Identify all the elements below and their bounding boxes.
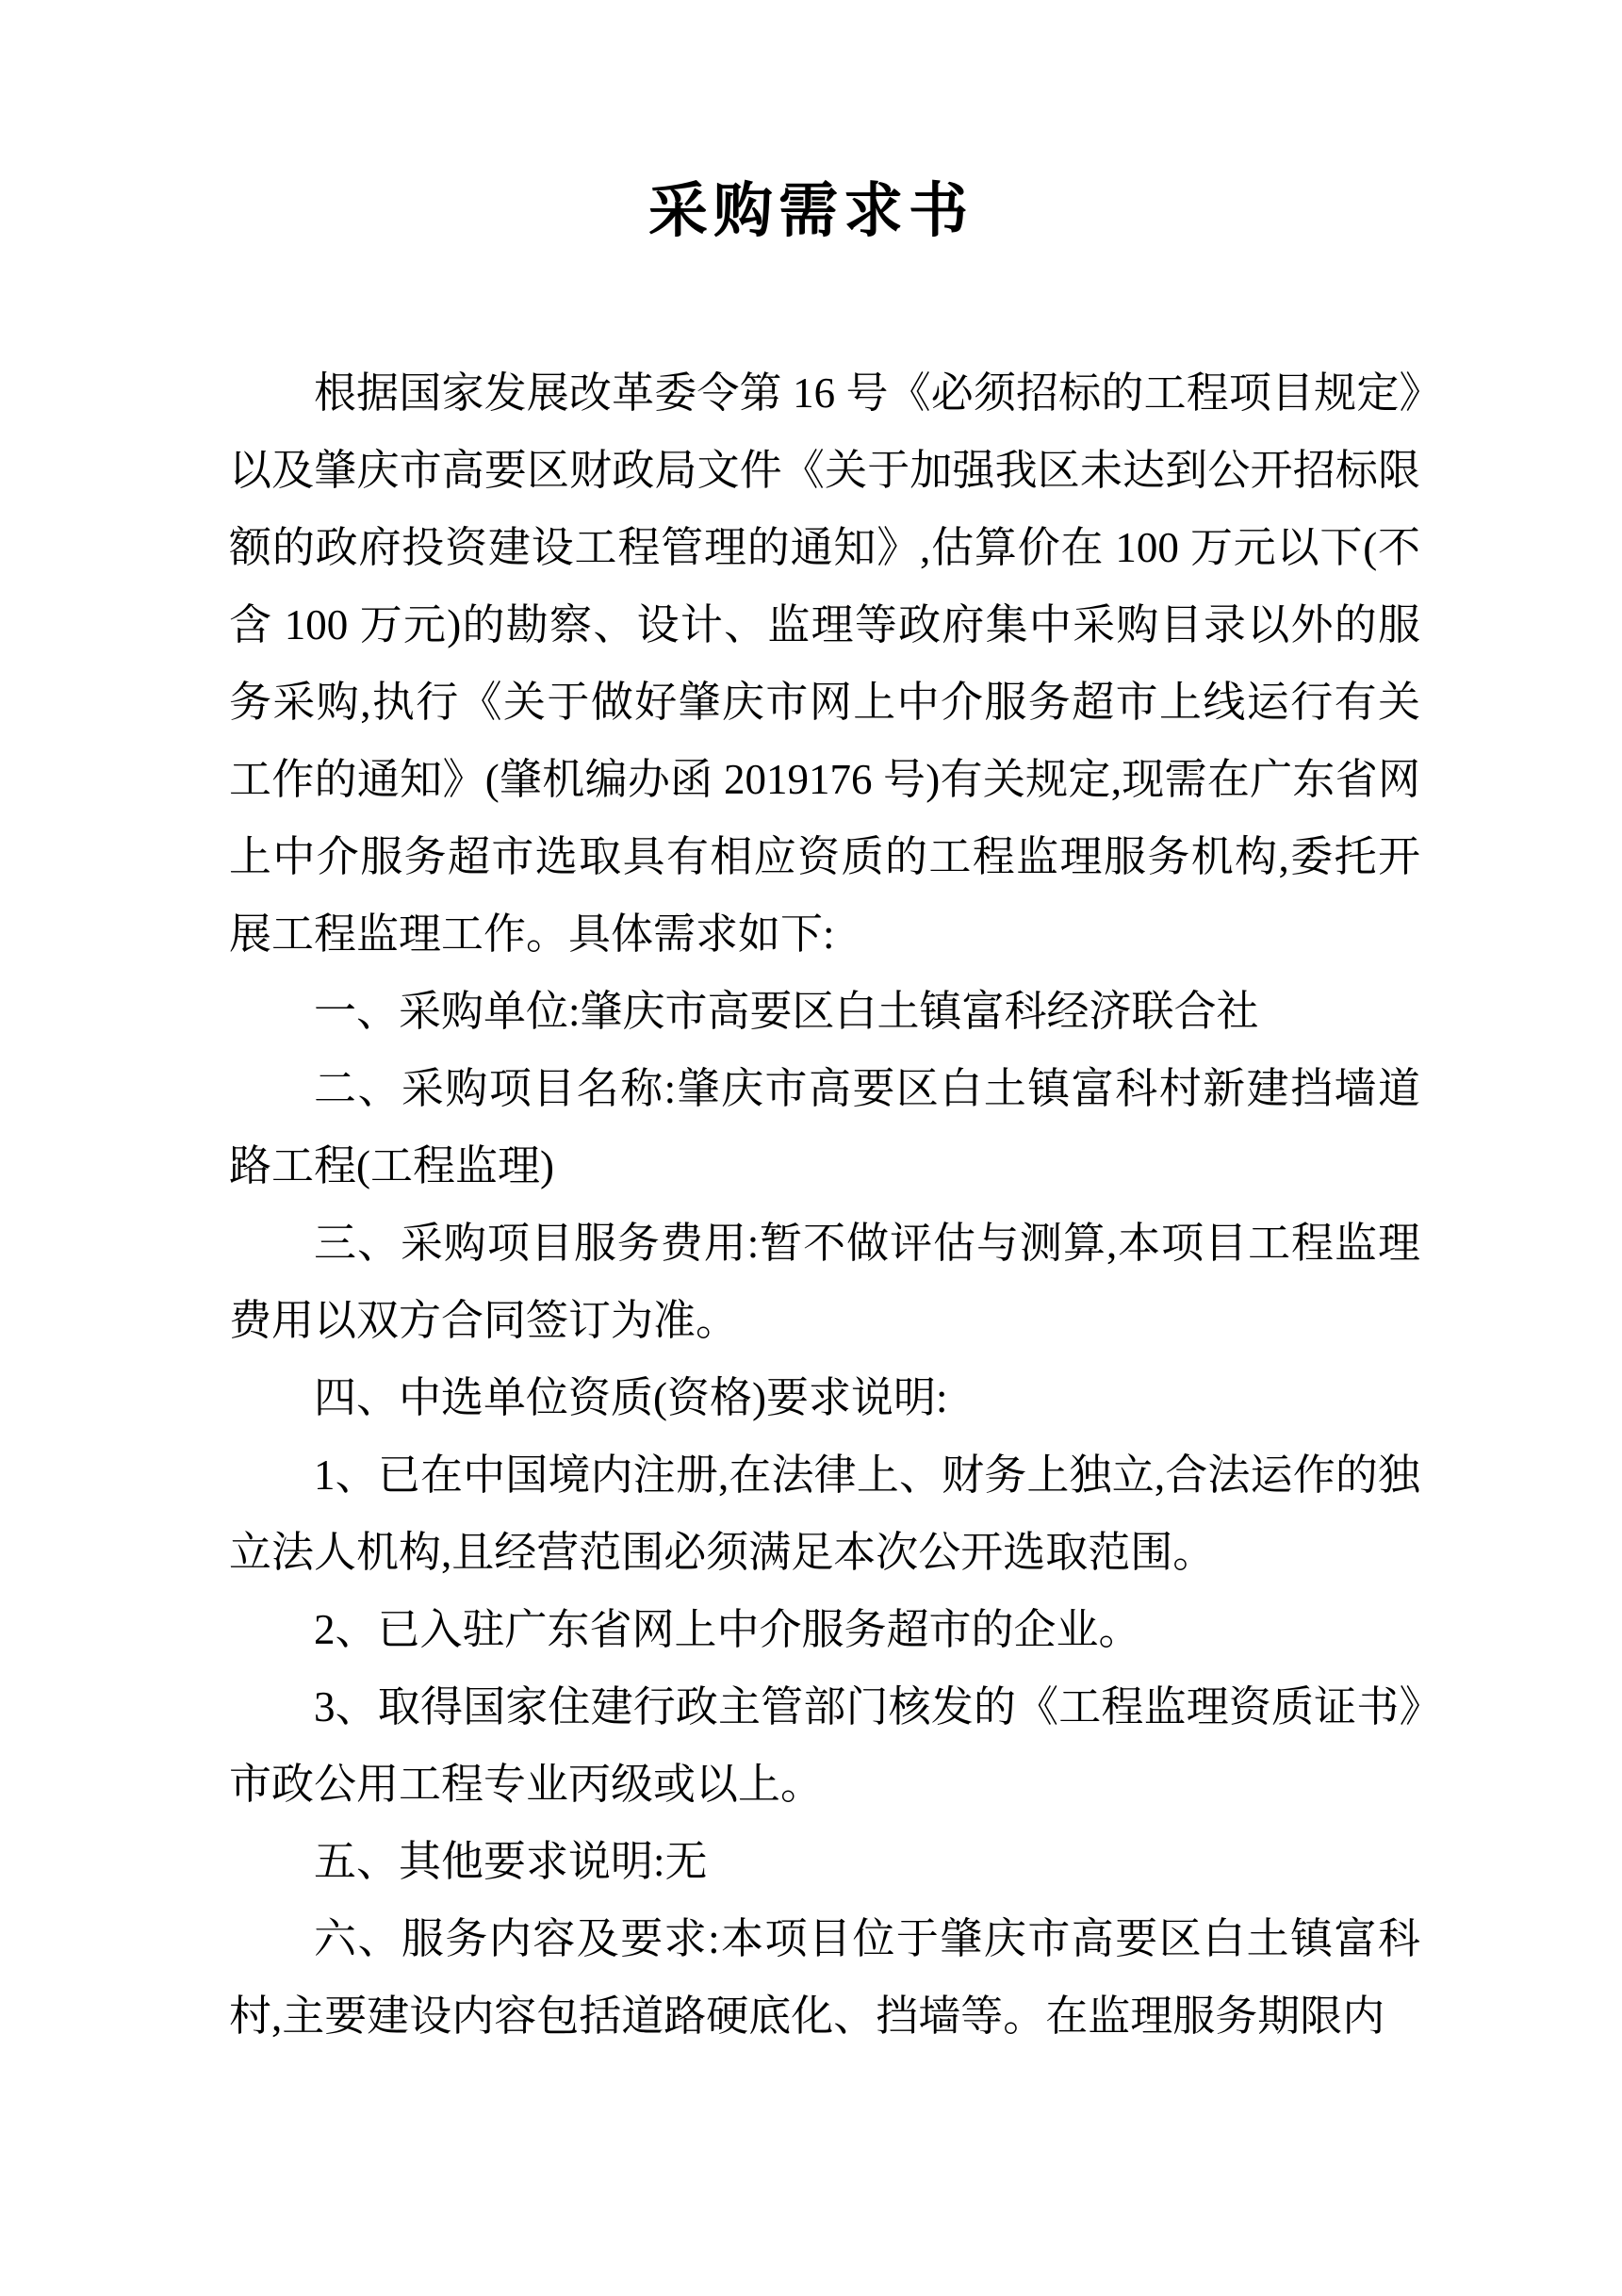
paragraph-item-5: 五、其他要求说明:无 [229,1823,1420,1900]
document-page: 采购需求书 根据国家发展改革委令第 16 号《必须招标的工程项目规定》以及肇庆市… [0,0,1622,2296]
paragraph-item-3: 三、采购项目服务费用:暂不做评估与测算,本项目工程监理费用以双方合同签订为准。 [229,1205,1420,1359]
paragraph-item-1: 一、采购单位:肇庆市高要区白土镇富科经济联合社 [229,973,1420,1050]
paragraph-item-4-sub-3: 3、取得国家住建行政主管部门核发的《工程监理资质证书》市政公用工程专业丙级或以上… [229,1668,1420,1823]
document-body: 根据国家发展改革委令第 16 号《必须招标的工程项目规定》以及肇庆市高要区财政局… [229,354,1420,2055]
paragraph-item-4: 四、中选单位资质(资格)要求说明: [229,1359,1420,1436]
paragraph-item-2: 二、采购项目名称:肇庆市高要区白土镇富科村新建挡墙道路工程(工程监理) [229,1050,1420,1205]
paragraph-intro: 根据国家发展改革委令第 16 号《必须招标的工程项目规定》以及肇庆市高要区财政局… [229,354,1420,973]
paragraph-item-4-sub-1: 1、已在中国境内注册,在法律上、财务上独立,合法运作的独立法人机构,且经营范围必… [229,1436,1420,1591]
document-title: 采购需求书 [0,177,1622,245]
paragraph-item-4-sub-2: 2、已入驻广东省网上中介服务超市的企业。 [229,1591,1420,1668]
paragraph-item-6: 六、服务内容及要求:本项目位于肇庆市高要区白土镇富科村,主要建设内容包括道路硬底… [229,1900,1420,2055]
